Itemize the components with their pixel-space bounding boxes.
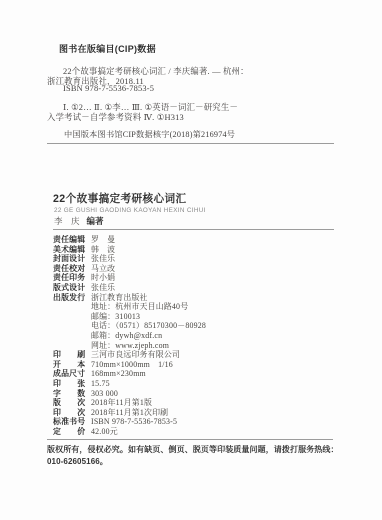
credit-label: 责任印务 <box>53 273 91 283</box>
credit-value: 42.00元 <box>91 427 118 437</box>
credit-row: 责任编辑罗 曼 <box>53 235 343 245</box>
credit-value: 地址：杭州市天目山路40号 <box>91 302 188 312</box>
author-line: 李 庆编著 <box>54 215 104 227</box>
credit-value: 邮编：310013 <box>91 312 140 322</box>
credit-row: 印 刷三河市良远印务有限公司 <box>53 350 343 360</box>
credit-row: 印 次2018年11月第1次印刷 <box>53 408 343 418</box>
credit-value: 张佳乐 <box>91 254 115 264</box>
credit-value: 电话：（0571）85170300－80928 <box>91 321 206 331</box>
cip-header: 图书在版编目(CIP)数据 <box>59 42 156 55</box>
credit-row: 开 本710mm×1000mm 1/16 <box>53 360 343 370</box>
cip-entry-isbn: ISBN 978-7-5536-7853-5 <box>63 84 154 93</box>
credit-row: 成品尺寸168mm×230mm <box>53 369 343 379</box>
credit-row: 定 价42.00元 <box>53 427 343 437</box>
credit-label: 责任编辑 <box>53 235 91 245</box>
credit-value: 韩 波 <box>91 245 115 255</box>
author-name: 李 庆 <box>54 216 80 226</box>
book-title-pinyin: 22 GE GUSHI GAODING KAOYAN HEXIN CIHUI <box>54 207 206 214</box>
credit-label: 成品尺寸 <box>53 369 91 379</box>
credit-value: 邮箱：dywh@xdf.cn <box>91 331 162 341</box>
divider-top <box>47 143 334 144</box>
credit-row: 字 数303 000 <box>53 389 343 399</box>
credit-label: 印 张 <box>53 379 91 389</box>
credit-row: 责任校对马立改 <box>53 264 343 274</box>
credit-value: 168mm×230mm <box>91 369 146 379</box>
credit-row: 出版发行浙江教育出版社 <box>53 293 343 303</box>
credit-label <box>53 331 91 341</box>
credit-value: 303 000 <box>91 389 118 399</box>
credit-label <box>53 341 91 351</box>
credit-row: 邮箱：dywh@xdf.cn <box>53 331 343 341</box>
credit-row: 美术编辑韩 波 <box>53 245 343 255</box>
credit-label <box>53 312 91 322</box>
credit-label: 字 数 <box>53 389 91 399</box>
credit-value: 网址：www.zjeph.com <box>91 341 169 351</box>
credit-value: 三河市良远印务有限公司 <box>91 350 180 360</box>
credit-row: 版 次2018年11月第1版 <box>53 398 343 408</box>
credit-value: 浙江教育出版社 <box>91 293 148 303</box>
credit-row: 邮编：310013 <box>53 312 343 322</box>
credit-row: 地址：杭州市天目山路40号 <box>53 302 343 312</box>
divider-title <box>53 229 334 230</box>
credit-row: 标准书号ISBN 978-7-5536-7853-5 <box>53 417 343 427</box>
credit-label: 美术编辑 <box>53 245 91 255</box>
credit-value: 710mm×1000mm 1/16 <box>91 360 173 370</box>
credit-row: 印 张15.75 <box>53 379 343 389</box>
credit-row: 责任印务时小娟 <box>53 273 343 283</box>
credit-label: 开 本 <box>53 360 91 370</box>
service-hotline-number: 010-62605166。 <box>47 456 108 467</box>
credit-value: 罗 曼 <box>91 235 115 245</box>
cip-classification-line2: 入学考试－自学参考资料 Ⅳ. ①H313 <box>47 111 184 123</box>
credit-label <box>53 302 91 312</box>
credit-label: 版式设计 <box>53 283 91 293</box>
credit-value: 2018年11月第1次印刷 <box>91 408 168 418</box>
credit-value: 张佳乐 <box>91 283 115 293</box>
credit-value: 马立改 <box>91 264 115 274</box>
credit-label: 版 次 <box>53 398 91 408</box>
credit-label: 标准书号 <box>53 417 91 427</box>
credit-row: 版式设计张佳乐 <box>53 283 343 293</box>
credit-label: 责任校对 <box>53 264 91 274</box>
credit-row: 网址：www.zjeph.com <box>53 341 343 351</box>
credits-table: 责任编辑罗 曼美术编辑韩 波封面设计张佳乐责任校对马立改责任印务时小娟版式设计张… <box>53 235 343 436</box>
credit-label: 印 次 <box>53 408 91 418</box>
credit-value: ISBN 978-7-5536-7853-5 <box>91 417 177 427</box>
credit-label: 出版发行 <box>53 293 91 303</box>
cip-record-number: 中国版本图书馆CIP数据核字(2018)第216974号 <box>64 129 235 140</box>
piracy-warning-line1: 版权所有，侵权必究。如有缺页、倒页、脱页等印装质量问题，请拨打服务热线： <box>47 444 339 455</box>
credit-row: 封面设计张佳乐 <box>53 254 343 264</box>
credit-label: 定 价 <box>53 427 91 437</box>
credit-value: 时小娟 <box>91 273 115 283</box>
credit-label: 封面设计 <box>53 254 91 264</box>
author-role: 编著 <box>87 216 104 226</box>
book-title: 22个故事搞定考研核心词汇 <box>53 191 187 206</box>
credit-value: 15.75 <box>91 379 110 389</box>
divider-bottom <box>47 439 333 440</box>
copyright-page: 图书在版编目(CIP)数据 22个故事搞定考研核心词汇 / 李庆编著. — 杭州… <box>0 0 382 520</box>
credit-label: 印 刷 <box>53 350 91 360</box>
credit-value: 2018年11月第1版 <box>91 398 152 408</box>
credit-row: 电话：（0571）85170300－80928 <box>53 321 343 331</box>
credit-label <box>53 321 91 331</box>
